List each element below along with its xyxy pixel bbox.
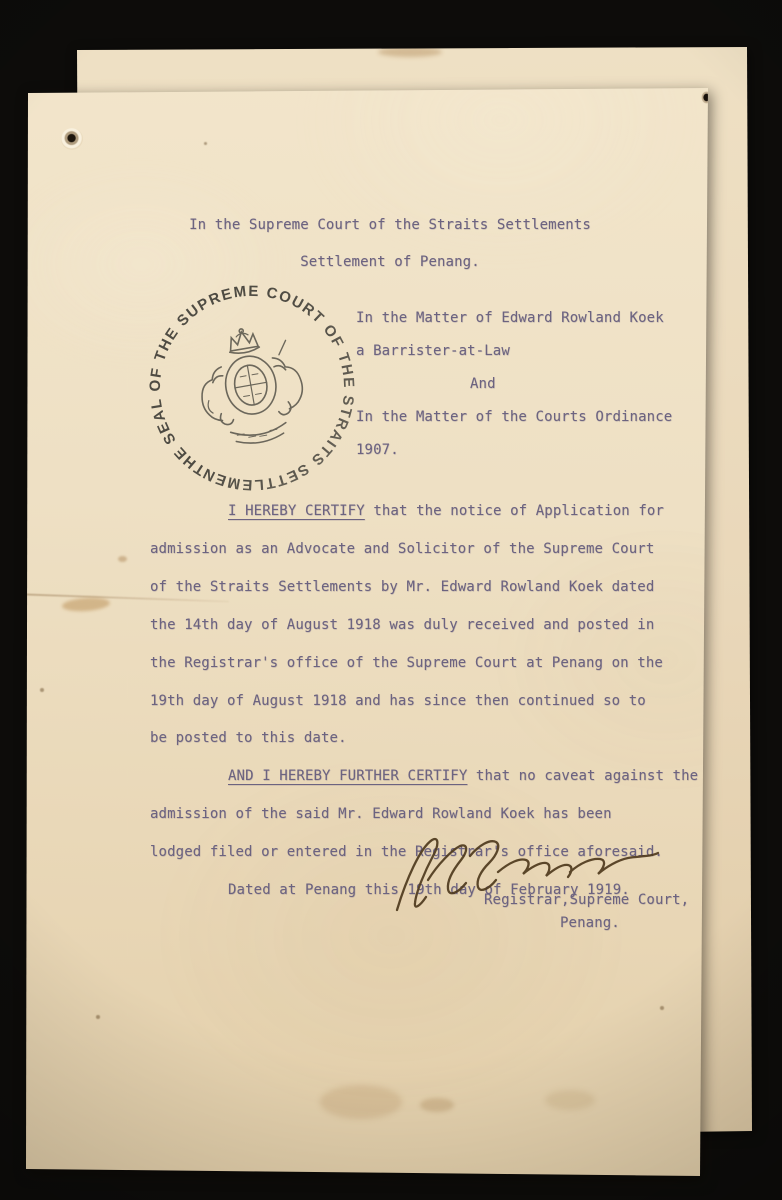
photo-vignette xyxy=(0,0,782,1200)
matter-line: In the Matter of Edward Rowland Koek xyxy=(356,302,672,335)
typed-line: the 14th day of August 1918 was duly rec… xyxy=(150,607,690,645)
royal-coat-of-arms-icon xyxy=(191,320,310,451)
back-sheet-shadow xyxy=(0,0,782,1200)
stain-crease xyxy=(62,596,111,612)
supreme-court-seal-stamp: THE SEAL OF THE SUPREME COURT OF THE STR… xyxy=(142,280,362,500)
certify1-lead: I HEREBY CERTIFY xyxy=(228,503,365,519)
fox-speck xyxy=(204,142,207,145)
certificate-body: I HEREBY CERTIFY that the notice of Appl… xyxy=(150,493,690,910)
fox-speck xyxy=(40,688,44,692)
seal-ring-text-holder: THE SEAL OF THE SUPREME COURT OF THE STR… xyxy=(142,280,357,493)
fox-speck xyxy=(96,1015,100,1019)
registrar-signature xyxy=(385,828,670,923)
front-sheet-shadow: In the Supreme Court of the Straits Sett… xyxy=(0,0,782,1200)
stain-bottom-2 xyxy=(420,1098,454,1112)
registrar-title-line1: Registrar,Supreme Court, xyxy=(484,889,689,912)
certify2-opening-line: AND I HEREBY FURTHER CERTIFY that no cav… xyxy=(150,758,690,796)
registrar-title-line2: Penang. xyxy=(484,912,689,935)
typed-line: of the Straits Settlements by Mr. Edward… xyxy=(150,569,690,607)
seal-ring-text: THE SEAL OF THE SUPREME COURT OF THE STR… xyxy=(142,280,357,493)
stain-bottom-3 xyxy=(545,1090,595,1110)
typed-line: admission as an Advocate and Solicitor o… xyxy=(150,531,690,569)
certify2-line1-rest: that no caveat against the xyxy=(467,768,698,784)
matter-conjunction: And xyxy=(356,368,672,401)
stain-bottom-1 xyxy=(320,1085,402,1119)
matter-line: 1907. xyxy=(356,434,672,467)
typed-line: the Registrar's office of the Supreme Co… xyxy=(150,645,690,683)
typed-line: lodged filed or entered in the Registrar… xyxy=(150,834,690,872)
court-heading-line2: Settlement of Penang. xyxy=(150,244,630,281)
registrar-title-block: Registrar,Supreme Court, Penang. xyxy=(484,889,689,934)
matter-line: a Barrister-at-Law xyxy=(356,335,672,368)
crease-line xyxy=(24,593,229,602)
stain-top-edge xyxy=(378,47,442,57)
dated-line: Dated at Penang this 19th day of Februar… xyxy=(150,872,690,910)
matter-block: In the Matter of Edward Rowland Koek a B… xyxy=(356,302,672,467)
stain-small xyxy=(118,556,127,562)
court-heading-line1: In the Supreme Court of the Straits Sett… xyxy=(150,207,630,244)
punch-hole-right xyxy=(697,88,716,109)
certify1-line1-rest: that the notice of Application for xyxy=(365,503,664,519)
court-heading: In the Supreme Court of the Straits Sett… xyxy=(150,207,630,281)
certify2-lead: AND I HEREBY FURTHER CERTIFY xyxy=(228,768,467,784)
certify1-opening-line: I HEREBY CERTIFY that the notice of Appl… xyxy=(150,493,690,531)
typed-line: be posted to this date. xyxy=(150,720,690,758)
photo-scene: In the Supreme Court of the Straits Sett… xyxy=(0,0,782,1200)
back-sheet xyxy=(0,0,782,1200)
paper-texture xyxy=(0,0,782,1200)
document-page: In the Supreme Court of the Straits Sett… xyxy=(0,0,782,1200)
fox-speck xyxy=(660,1006,664,1010)
typed-line: 19th day of August 1918 and has since th… xyxy=(150,683,690,721)
matter-line: In the Matter of the Courts Ordinance xyxy=(356,401,672,434)
typed-line: admission of the said Mr. Edward Rowland… xyxy=(150,796,690,834)
punch-hole-left xyxy=(61,128,83,150)
